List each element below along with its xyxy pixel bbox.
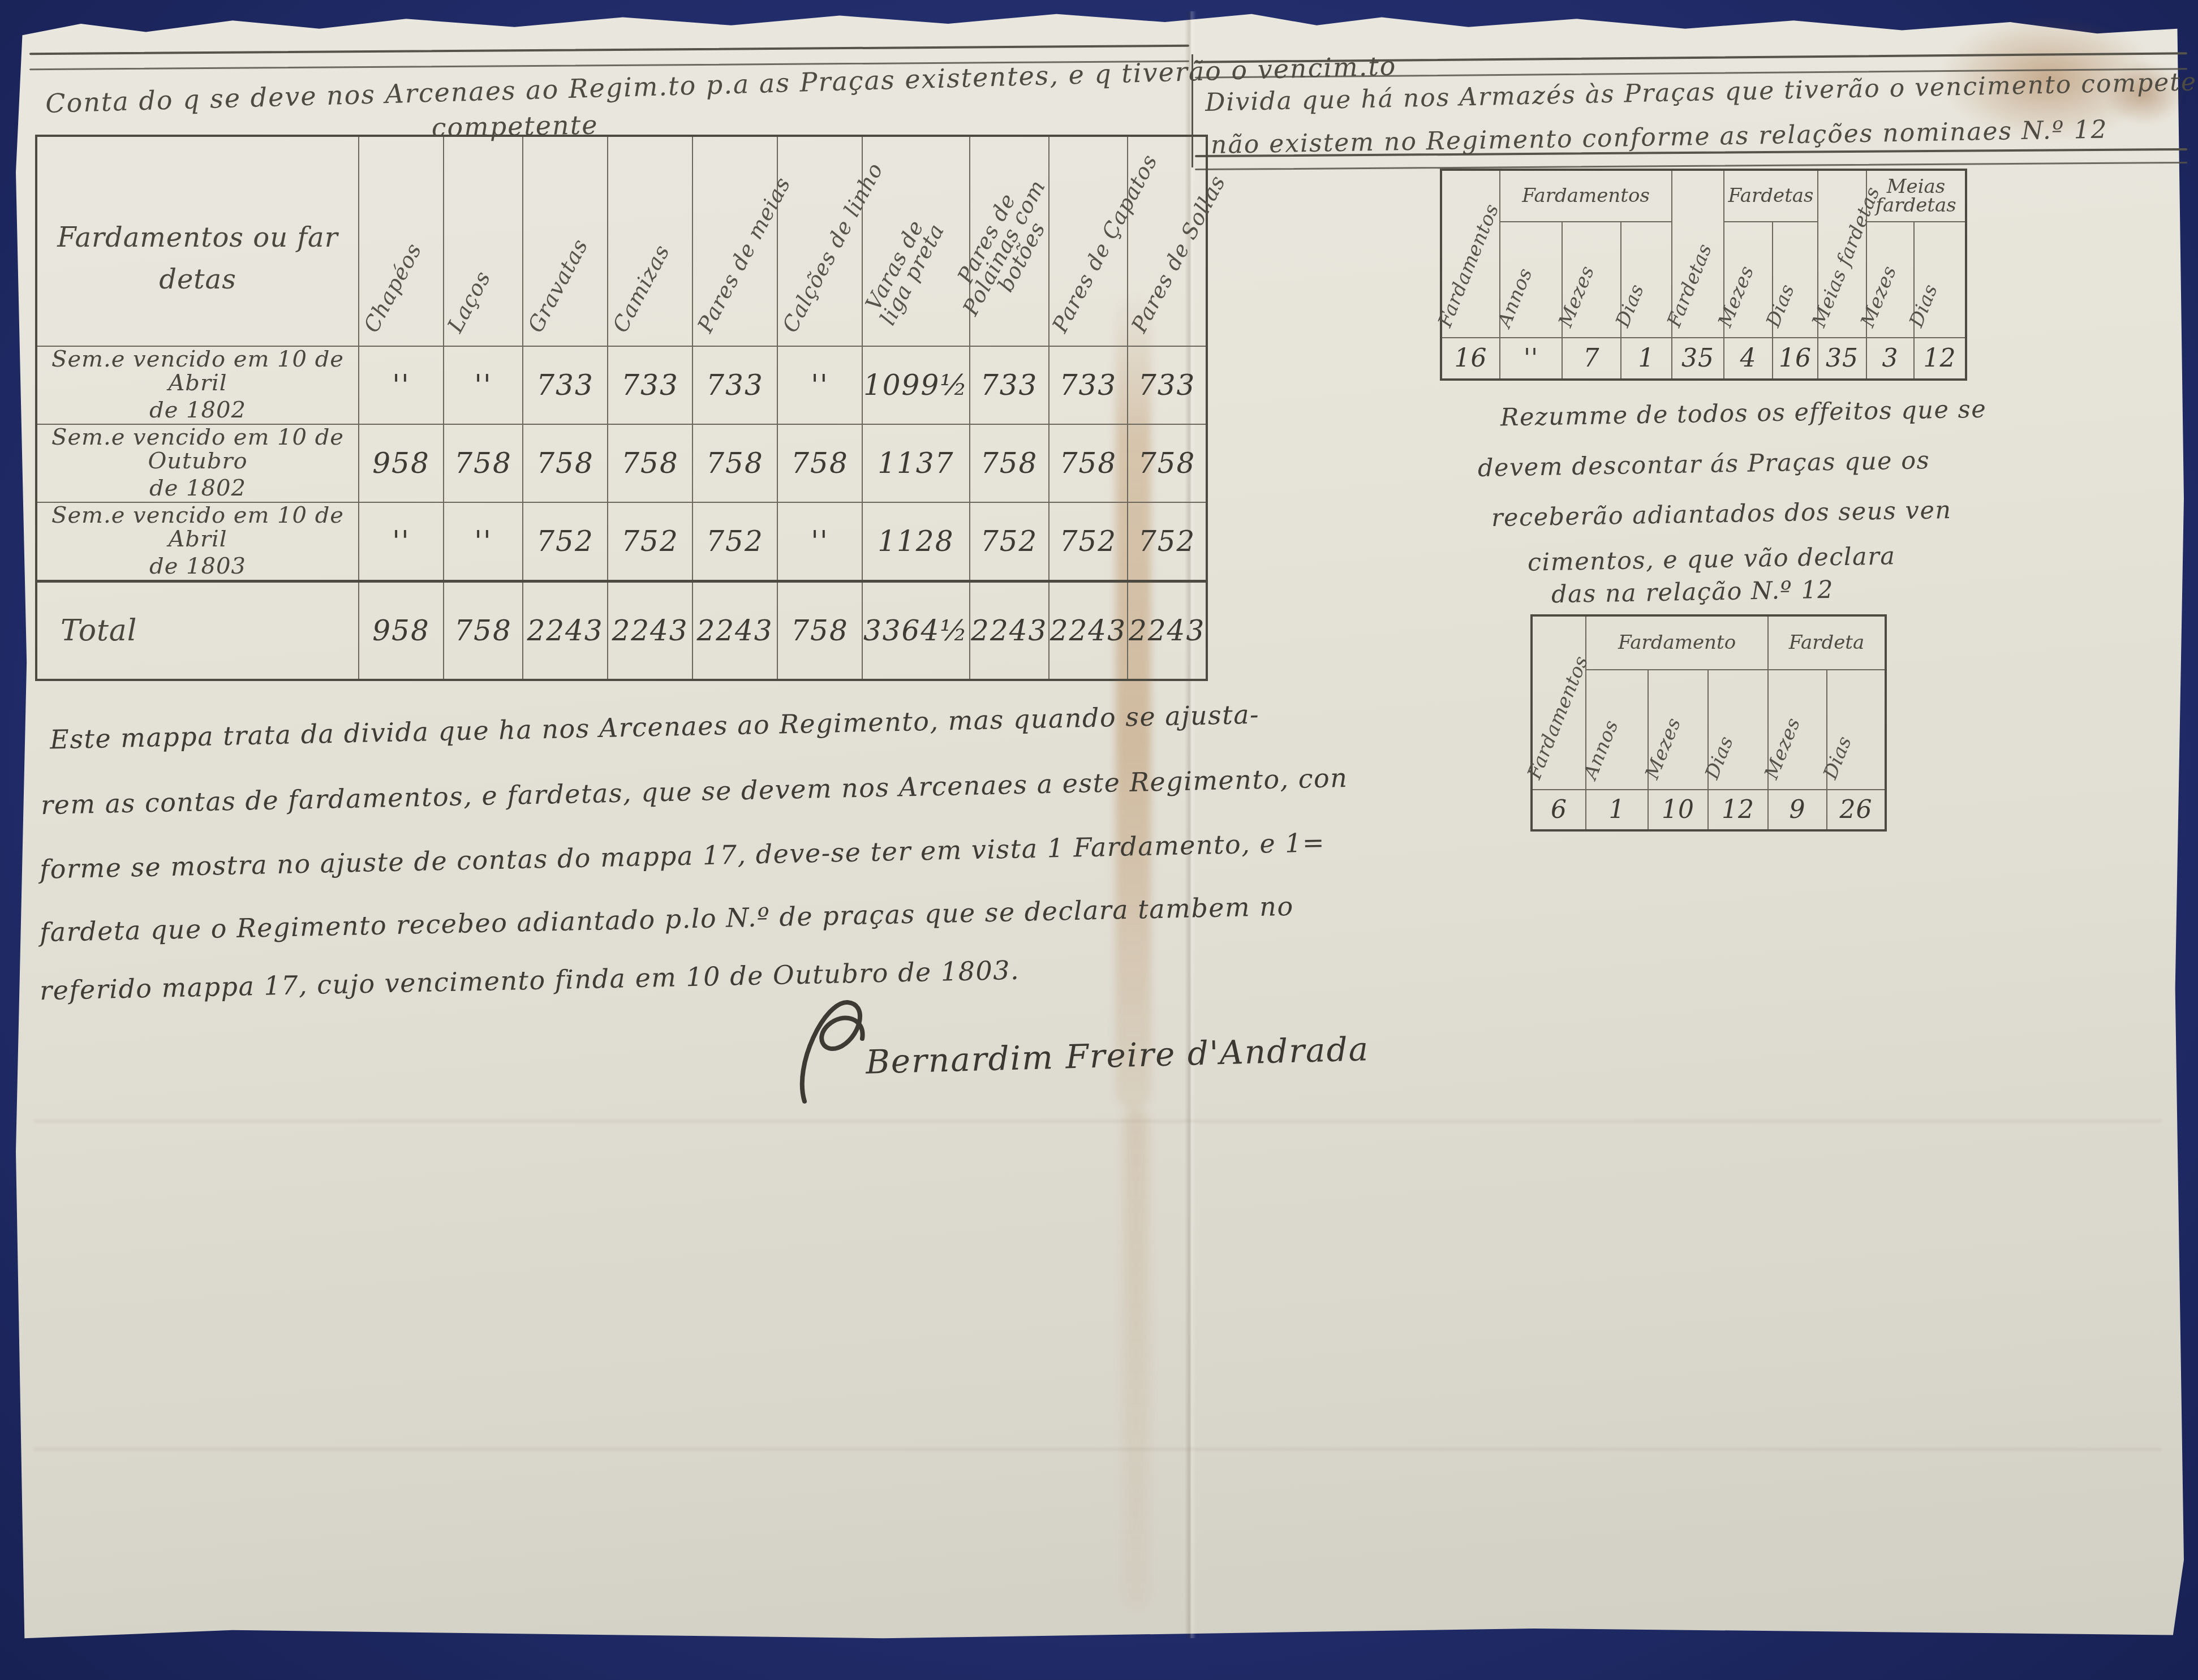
column-fardamentos: Fardamentos: [1441, 170, 1500, 338]
cell-value: 752: [1128, 502, 1207, 581]
cell-value: 16: [1773, 338, 1818, 380]
total-value: 2243: [608, 581, 692, 680]
total-value: 2243: [1128, 581, 1207, 680]
total-value: 2243: [523, 581, 608, 680]
cell-value: 3: [1866, 338, 1914, 380]
column-header-camizas: Camizas: [608, 136, 692, 346]
subcolumn-mezes: Mezes: [1648, 670, 1708, 790]
cell-value: 958: [359, 424, 444, 502]
table-row: Sem.e vencido em 10 de Abril de 1802 '' …: [36, 346, 1207, 424]
group-header-fardetas: Fardetas: [1724, 170, 1818, 222]
cell-value: 26: [1827, 790, 1886, 830]
horizontal-crease: [34, 1120, 2161, 1122]
cell-value: 9: [1768, 790, 1827, 830]
cell-value: '': [444, 346, 523, 424]
row-header-line1: Fardamentos ou far: [38, 222, 358, 253]
cell-value: '': [444, 502, 523, 581]
cell-value: 758: [444, 424, 523, 502]
column-header-sollas: Pares de Sollas: [1128, 136, 1207, 346]
left-main-table: Fardamentos ou far detas Chapéos Laços G…: [35, 135, 1208, 681]
row-label: Sem.e vencido em 10 de Abril de 1802: [36, 346, 359, 424]
total-value: 758: [444, 581, 523, 680]
cell-value: 758: [777, 424, 862, 502]
cell-value: 758: [1049, 424, 1128, 502]
cell-value: 16: [1441, 338, 1500, 380]
rezumme-line: das na relação N.º 12: [1551, 576, 1834, 609]
subcolumn-dias: Dias: [1914, 222, 1966, 338]
cell-value: 1137: [862, 424, 970, 502]
cell-value: 733: [608, 346, 692, 424]
total-value: 958: [359, 581, 444, 680]
total-value: 758: [777, 581, 862, 680]
right-summary-table-bottom: Fardamentos Fardamento Fardeta Annos Mez…: [1530, 614, 1887, 832]
cell-value: '': [777, 346, 862, 424]
cell-value: '': [359, 502, 444, 581]
cell-value: 1: [1621, 338, 1672, 380]
group-header-fardamentos: Fardamentos: [1500, 170, 1672, 222]
cell-value: '': [1500, 338, 1562, 380]
right-summary-table-top: Fardamentos Fardamentos Fardetas Fardeta…: [1440, 169, 1967, 381]
cell-value: 733: [1128, 346, 1207, 424]
cell-value: 752: [970, 502, 1049, 581]
subcolumn-dias: Dias: [1773, 222, 1818, 338]
cell-value: 752: [523, 502, 608, 581]
group-header-fardeta: Fardeta: [1768, 615, 1886, 670]
cell-value: 758: [692, 424, 777, 502]
scanned-document-photo: Conta do q se deve nos Arcenaes ao Regim…: [0, 0, 2198, 1680]
cell-value: 1128: [862, 502, 970, 581]
cell-value: '': [359, 346, 444, 424]
group-header-fardamento: Fardamento: [1586, 615, 1768, 670]
subcolumn-annos: Annos: [1586, 670, 1648, 790]
cell-value: 758: [523, 424, 608, 502]
cell-value: 35: [1672, 338, 1724, 380]
cell-value: 12: [1708, 790, 1768, 830]
cell-value: 733: [970, 346, 1049, 424]
subcolumn-dias: Dias: [1827, 670, 1886, 790]
total-label: Total: [36, 581, 359, 680]
cell-value: 752: [1049, 502, 1128, 581]
cell-value: 752: [608, 502, 692, 581]
row-label: Sem.e vencido em 10 de Abril de 1803: [36, 502, 359, 581]
cell-value: '': [777, 502, 862, 581]
column-meias-fardetas: Meias fardetas: [1818, 170, 1866, 338]
total-value: 2243: [970, 581, 1049, 680]
total-value: 2243: [1049, 581, 1128, 680]
total-row: Total 958 758 2243 2243 2243 758 3364½ 2…: [36, 581, 1207, 680]
fold-stain-lower: [1124, 1109, 1149, 1606]
column-fardamentos: Fardamentos: [1532, 615, 1586, 790]
cell-value: 4: [1724, 338, 1773, 380]
group-header-meias-fardetas: Meias fardetas: [1866, 170, 1966, 222]
row-label: Sem.e vencido em 10 de Outubro de 1802: [36, 424, 359, 502]
subcolumn-dias: Dias: [1708, 670, 1768, 790]
subcolumn-annos: Annos: [1500, 222, 1562, 338]
cell-value: 733: [692, 346, 777, 424]
row-header-cell: Fardamentos ou far detas: [36, 136, 359, 346]
subcolumn-dias: Dias: [1621, 222, 1672, 338]
column-header-chapeos: Chapéos: [359, 136, 444, 346]
column-header-gravatas: Gravatas: [523, 136, 608, 346]
cell-value: 733: [523, 346, 608, 424]
total-value: 3364½: [862, 581, 970, 680]
cell-value: 35: [1818, 338, 1866, 380]
row-header-line2: detas: [38, 264, 358, 295]
cell-value: 752: [692, 502, 777, 581]
column-header-calcoes-de-linho: Calções de linho: [777, 136, 862, 346]
column-header-capatos: Pares de Çapatos: [1049, 136, 1128, 346]
cell-value: 10: [1648, 790, 1708, 830]
cell-value: 1099½: [862, 346, 970, 424]
cell-value: 758: [608, 424, 692, 502]
cell-value: 6: [1532, 790, 1586, 830]
cell-value: 758: [1128, 424, 1207, 502]
cell-value: 758: [970, 424, 1049, 502]
column-header-lacos: Laços: [444, 136, 523, 346]
table-row: Sem.e vencido em 10 de Outubro de 1802 9…: [36, 424, 1207, 502]
subcolumn-mezes: Mezes: [1768, 670, 1827, 790]
column-header-polainas: Pares de Polainas com botões: [970, 136, 1049, 346]
cell-value: 733: [1049, 346, 1128, 424]
total-value: 2243: [692, 581, 777, 680]
column-header-pares-de-meias: Pares de meias: [692, 136, 777, 346]
cell-value: 1: [1586, 790, 1648, 830]
table-row: Sem.e vencido em 10 de Abril de 1803 '' …: [36, 502, 1207, 581]
cell-value: 7: [1562, 338, 1621, 380]
column-fardetas: Fardetas: [1672, 170, 1724, 338]
cell-value: 12: [1914, 338, 1966, 380]
horizontal-crease: [34, 1448, 2161, 1450]
